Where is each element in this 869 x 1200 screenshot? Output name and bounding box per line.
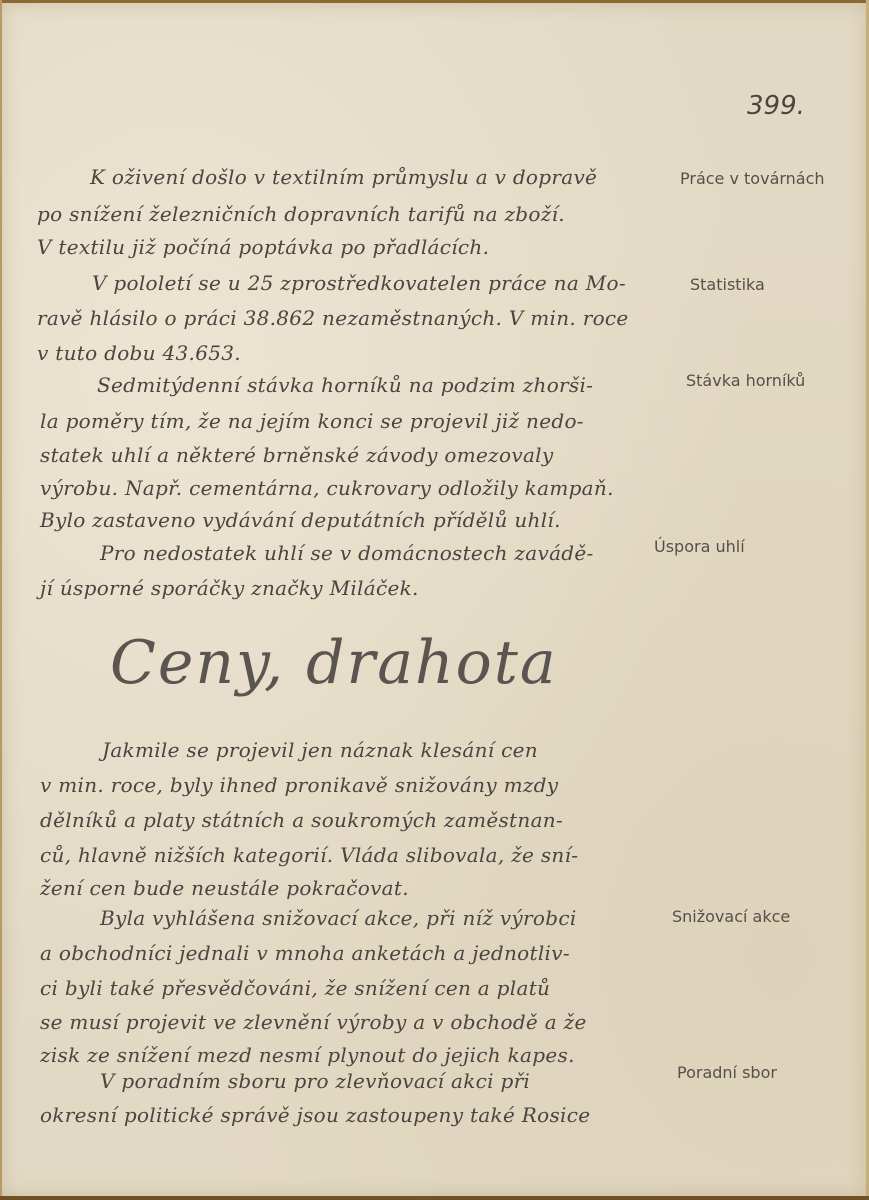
text-line: v tuto dobu 43.653. (37, 341, 241, 365)
text-line: statek uhlí a některé brněnské závody om… (40, 443, 553, 467)
margin-note: Poradní sbor (677, 1063, 777, 1082)
text-line: zisk ze snížení mezd nesmí plynout do je… (40, 1043, 575, 1067)
text-line: výrobu. Např. cementárna, cukrovary odlo… (40, 476, 614, 500)
text-line: V poradním sboru pro zlevňovací akci při (100, 1069, 530, 1093)
text-line: Bylo zastaveno vydávání deputátních příd… (40, 508, 561, 532)
margin-note: Snižovací akce (672, 907, 790, 926)
text-line: Sedmitýdenní stávka horníků na podzim zh… (97, 373, 593, 397)
page-number: 399. (747, 91, 805, 121)
page-edge-left (0, 0, 2, 1200)
text-line: ci byli také přesvědčováni, že snížení c… (40, 976, 550, 1000)
margin-note: Práce v továrnách (680, 169, 825, 188)
text-line: V pololetí se u 25 zprostředkovatelen pr… (92, 271, 626, 295)
text-line: jí úsporné sporáčky značky Miláček. (40, 576, 419, 600)
text-line: K oživení došlo v textilním průmyslu a v… (90, 165, 597, 189)
margin-note: Statistika (690, 275, 765, 294)
text-line: se musí projevit ve zlevnění výroby a v … (40, 1010, 587, 1034)
text-line: v min. roce, byly ihned pronikavě snižov… (40, 773, 558, 797)
text-line: Byla vyhlášena snižovací akce, při níž v… (100, 906, 577, 930)
text-line: okresní politické správě jsou zastoupeny… (40, 1103, 590, 1127)
text-line: dělníků a platy státních a soukromých za… (40, 808, 563, 832)
text-line: Pro nedostatek uhlí se v domácnostech za… (100, 541, 594, 565)
text-line: Jakmile se projevil jen náznak klesání c… (102, 738, 538, 762)
text-line: po snížení železničních dopravních tarif… (37, 202, 565, 226)
text-line: la poměry tím, že na jejím konci se proj… (40, 409, 584, 433)
text-line: a obchodníci jednali v mnoha anketách a … (40, 941, 570, 965)
manuscript-page: 399. K oživení došlo v textilním průmysl… (2, 3, 866, 1196)
margin-note: Úspora uhlí (654, 537, 745, 556)
page-edge-top (0, 0, 869, 3)
text-line: V textilu již počíná poptávka po přadlác… (37, 235, 489, 259)
section-heading: Ceny, drahota (110, 628, 558, 698)
text-line: žení cen bude neustále pokračovat. (40, 876, 409, 900)
page-edge-bottom (0, 1196, 869, 1200)
text-line: ců, hlavně nižších kategorií. Vláda slib… (40, 843, 578, 867)
text-line: ravě hlásilo o práci 38.862 nezaměstnaný… (37, 306, 629, 330)
margin-note: Stávka horníků (686, 371, 805, 390)
